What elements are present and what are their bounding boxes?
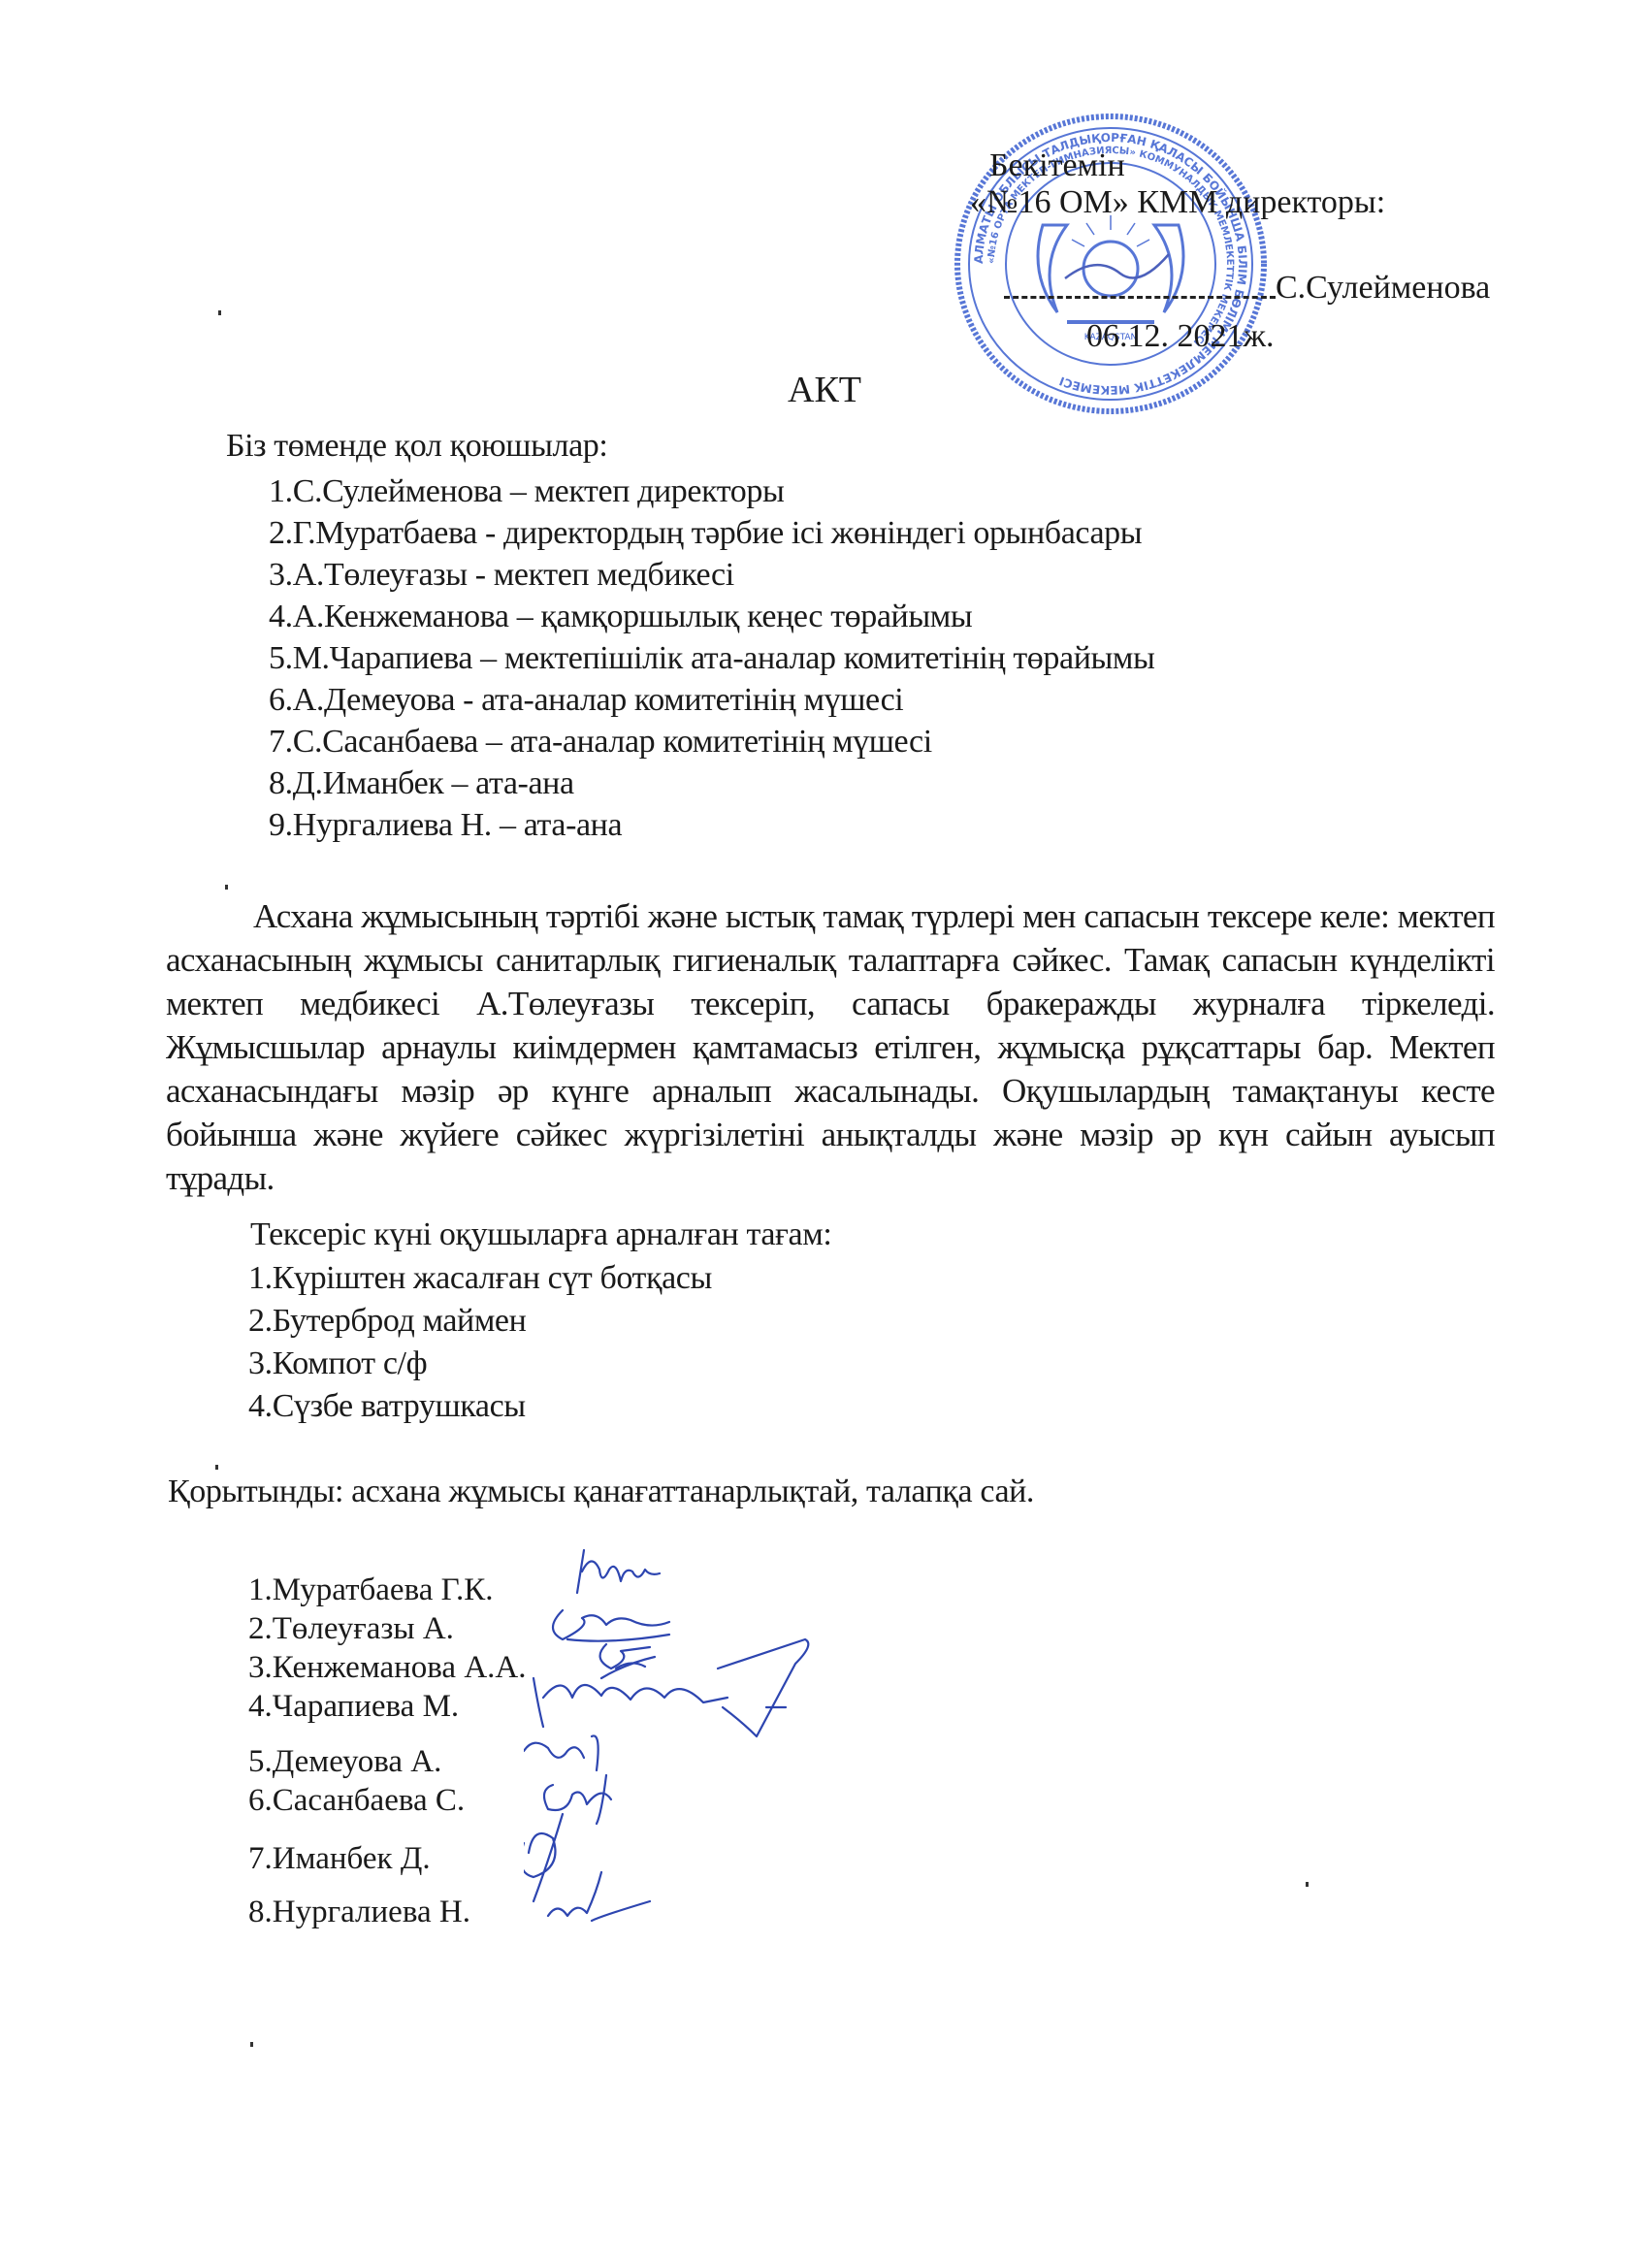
signatory-name: 3.Кенжеманова А.А. [248,1649,527,1686]
member-item: 8.Д.Иманбек – ата-ана [269,764,574,803]
scan-speck [218,310,221,315]
member-item: 5.М.Чарапиева – мектепішілік ата-аналар … [269,639,1155,678]
approval-title: Бекітемін [989,147,1125,184]
scan-speck [250,2042,253,2047]
member-item: 6.А.Демеуова - ата-аналар комитетінің мү… [269,681,903,720]
signatory-name: 5.Демеуова А. [248,1743,441,1780]
conclusion-text: Қорытынды: асхана жұмысы қанағаттанарлық… [168,1473,1034,1511]
signature-line [1004,296,1276,299]
signatory-name: 7.Иманбек Д. [248,1840,431,1877]
intro-text: Біз төменде қол қоюшылар: [226,427,607,466]
menu-item: 1.Күріштен жасалған сүт ботқасы [248,1259,712,1298]
signatory-name: 6.Сасанбаева С. [248,1782,465,1819]
scan-speck [1306,1882,1309,1887]
signatory-name: 2.Төлеуғазы А. [248,1610,454,1647]
signatory-name: 4.Чарапиева М. [248,1688,459,1725]
member-item: 3.А.Төлеуғазы - мектеп медбикесі [269,556,734,595]
member-item: 2.Г.Муратбаева - директордың тәрбие ісі … [269,514,1142,553]
document-title: АКТ [0,369,1649,411]
body-paragraph: Асхана жұмысының тәртібі және ыстық тама… [166,894,1495,1200]
handwritten-signatures-icon [524,1533,834,1940]
signatory-name: 1.Муратбаева Г.К. [248,1571,493,1608]
scan-speck [225,885,228,890]
scan-speck [215,1465,218,1470]
member-item: 9.Нургалиева Н. – ата-ана [269,806,622,845]
approval-signer: С.Сулейменова [1276,270,1490,307]
member-item: 4.А.Кенжеманова – қамқоршылық кеңес төра… [269,598,972,636]
menu-intro: Тексеріс күні оқушыларға арналған тағам: [250,1215,831,1254]
menu-item: 3.Компот с/ф [248,1345,427,1383]
approval-date: 06.12. 2021ж. [1086,318,1275,355]
menu-item: 4.Сүзбе ватрушкасы [248,1387,526,1426]
member-item: 1.С.Сулейменова – мектеп директоры [269,472,784,511]
approval-organization: «№16 ОМ» КММ директоры: [970,184,1385,221]
member-item: 7.С.Сасанбаева – ата-аналар комитетінің … [269,723,932,761]
menu-item: 2.Бутерброд маймен [248,1302,526,1341]
signatory-name: 8.Нургалиева Н. [248,1894,470,1930]
